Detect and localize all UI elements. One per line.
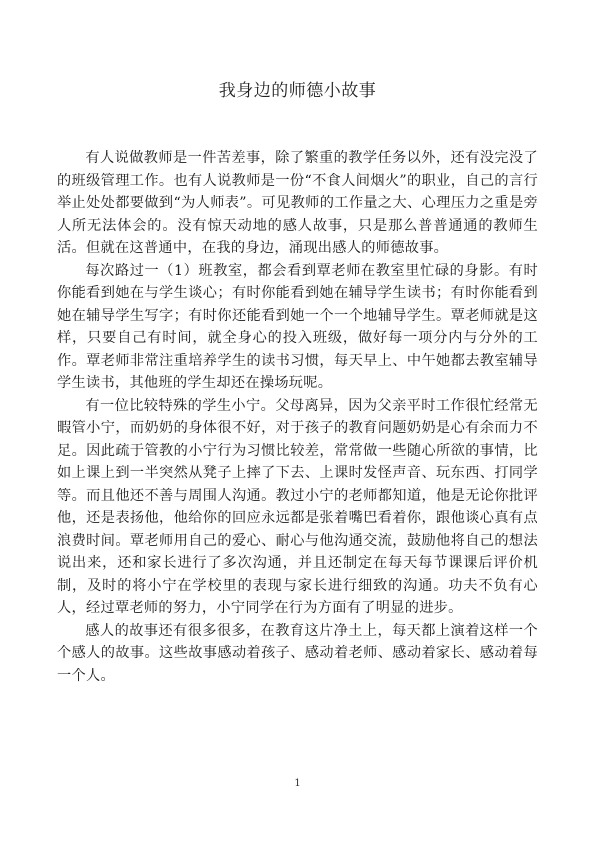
paragraph-teacher-qin: 每次路过一（1）班教室，都会看到覃老师在教室里忙碌的身影。有时你能看到她在与学生… bbox=[57, 260, 538, 395]
document-title: 我身边的师德小故事 bbox=[0, 76, 595, 101]
document-page: 我身边的师德小故事 有人说做教师是一件苦差事，除了繁重的教学任务以外，还有没完没… bbox=[0, 0, 595, 842]
paragraph-student-xiaoning: 有一位比较特殊的学生小宁。父母离异，因为父亲平时工作很忙经常无暇管小宁，而奶奶的… bbox=[57, 395, 538, 620]
document-body: 有人说做教师是一件苦差事，除了繁重的教学任务以外，还有没完没了的班级管理工作。也… bbox=[57, 147, 538, 687]
page-number: 1 bbox=[0, 778, 595, 789]
paragraph-conclusion: 感人的故事还有很多很多，在教育这片净土上，每天都上演着这样一个个感人的故事。这些… bbox=[57, 620, 538, 688]
paragraph-intro: 有人说做教师是一件苦差事，除了繁重的教学任务以外，还有没完没了的班级管理工作。也… bbox=[57, 147, 538, 260]
